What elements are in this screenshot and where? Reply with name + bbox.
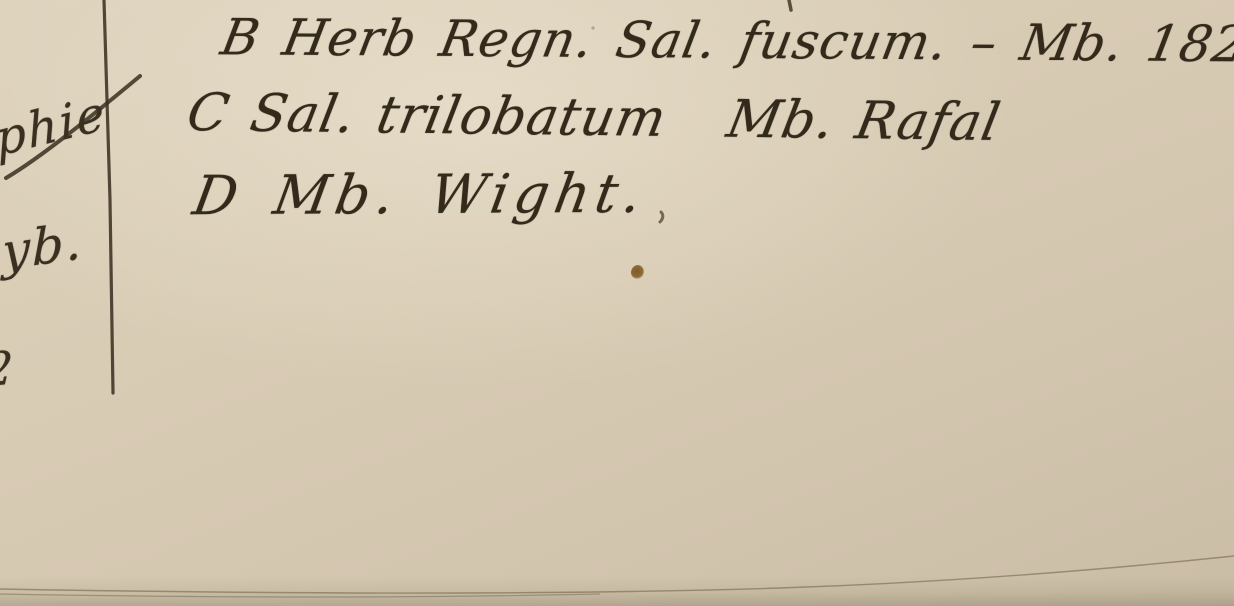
- margin-fragment-2: 2: [0, 344, 14, 393]
- entry-line-d: D Mb. Wight.: [189, 167, 651, 223]
- manuscript-photo: B Herb Regn. Sal. fuscum. – Mb. 1823) C …: [0, 0, 1234, 606]
- ink-speck-comma: [660, 212, 663, 222]
- vertical-rule-line: [104, 0, 113, 393]
- entry-line-c: C Sal. trilobatumMb. Rafal: [183, 87, 1005, 149]
- margin-fragment-ayb: ayb.: [0, 216, 83, 282]
- cut-off-pen-stroke: [789, 0, 791, 10]
- margin-fragment-aphie: aphie: [0, 88, 108, 171]
- entry-line-c-gap: [663, 136, 725, 137]
- entry-line-b: B Herb Regn. Sal. fuscum. – Mb. 1823): [217, 12, 1234, 69]
- fox-spot: [631, 265, 644, 279]
- paper-bottom-shadow: [0, 576, 1234, 606]
- entry-line-c-annotation: Mb. Rafal: [722, 90, 1005, 153]
- entry-line-c-species: C Sal. trilobatum: [182, 83, 671, 149]
